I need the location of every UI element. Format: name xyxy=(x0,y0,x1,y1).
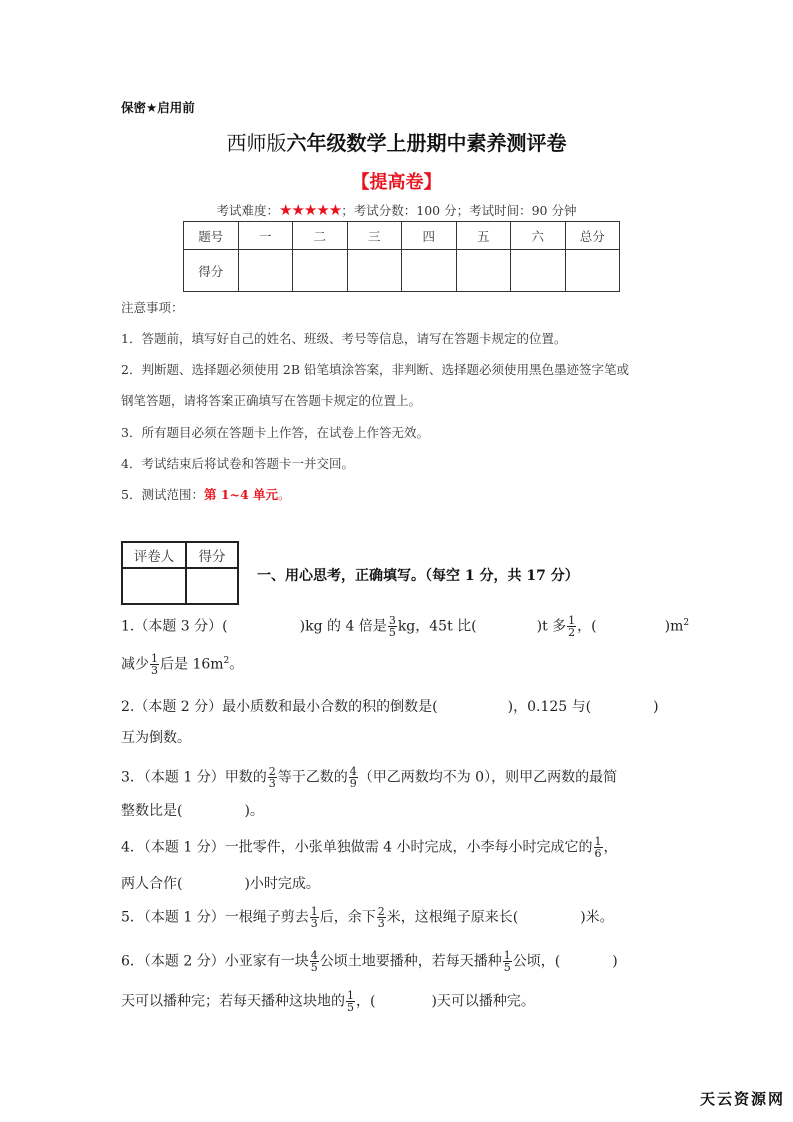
section-title: 一、用心思考，正确填写。（每空 1 分，共 17 分） xyxy=(257,565,579,585)
question-1: 1.（本题 3 分）()kg 的 4 倍是35kg，45t 比()t 多12，(… xyxy=(121,615,689,638)
question-2-line2: 互为倒数。 xyxy=(121,727,191,747)
grader-score-cell[interactable] xyxy=(186,568,238,604)
question-6-line2: 天可以播种完；若每天播种这块地的15，()天可以播种完。 xyxy=(121,990,535,1013)
q5-text: 后，余下 xyxy=(320,910,376,926)
grader-box: 评卷人 得分 xyxy=(121,541,239,605)
denominator: 3 xyxy=(151,665,158,676)
q6-text: 天可以播种完；若每天播种这块地的 xyxy=(121,994,345,1010)
q6-text: 公顷土地要播种，若每天播种 xyxy=(320,954,502,970)
q3-text: 整数比是( xyxy=(121,803,182,819)
q6-text: )天可以播种完。 xyxy=(431,994,534,1010)
title-prefix: 西师版 xyxy=(227,131,287,155)
score-header-cell: 二 xyxy=(293,222,348,250)
score-cell[interactable] xyxy=(402,250,457,292)
question-3: 3．（本题 1 分）甲数的23等于乙数的49（甲乙两数均不为 0），则甲乙两数的… xyxy=(121,766,617,789)
fraction: 12 xyxy=(567,615,576,638)
denominator: 5 xyxy=(504,962,511,973)
score-table-header-row: 题号 一 二 三 四 五 六 总分 xyxy=(184,222,620,250)
fraction: 15 xyxy=(503,950,512,973)
q6-text: ) xyxy=(612,954,617,970)
fraction: 45 xyxy=(310,950,319,973)
q1-text: )m xyxy=(665,619,684,635)
notice-item: 4．考试结束后将试卷和答题卡一并交回。 xyxy=(121,454,354,472)
q5-text: 5．（本题 1 分）一根绳子剪去 xyxy=(121,910,309,926)
q4-text: 两人合作( xyxy=(121,876,182,892)
score-header-cell: 一 xyxy=(238,222,293,250)
page-subtitle: 【提高卷】 xyxy=(0,168,793,194)
denominator: 5 xyxy=(311,962,318,973)
question-2: 2.（本题 2 分）最小质数和最小合数的积的倒数是()，0.125 与() xyxy=(121,696,659,716)
question-5: 5．（本题 1 分）一根绳子剪去13后，余下23米，这根绳子原来长()米。 xyxy=(121,906,614,929)
q1-text: kg，45t 比( xyxy=(398,619,477,635)
exam-meta: 考试难度：★★★★★；考试分数：100 分；考试时间：90 分钟 xyxy=(0,201,793,219)
fraction: 15 xyxy=(346,990,355,1013)
grader-header-row: 评卷人 得分 xyxy=(122,542,238,568)
scope-suffix: 。 xyxy=(278,487,291,502)
q2-text: 2.（本题 2 分）最小质数和最小合数的积的倒数是( xyxy=(121,699,438,715)
scope-label: 5．测试范围： xyxy=(121,487,204,502)
scope-highlight: 第 1~4 单元 xyxy=(204,487,278,502)
q3-text: （甲乙两数均不为 0），则甲乙两数的最简 xyxy=(359,770,617,786)
grader-label: 评卷人 xyxy=(122,542,186,568)
notice-item: 1．答题前，填写好自己的姓名、班级、考号等信息，请写在答题卡规定的位置。 xyxy=(121,329,566,347)
star-rating-icon: ★★★★★ xyxy=(279,201,341,219)
grader-input-row xyxy=(122,568,238,604)
denominator: 9 xyxy=(350,778,357,789)
fraction: 49 xyxy=(349,766,358,789)
watermark: 天云资源网 xyxy=(700,1088,785,1109)
q4-text: )小时完成。 xyxy=(244,876,319,892)
title-main: 六年级数学上册期中素养测评卷 xyxy=(287,131,567,155)
score-cell[interactable] xyxy=(238,250,293,292)
grader-name-cell[interactable] xyxy=(122,568,186,604)
q3-text: )。 xyxy=(244,803,263,819)
score-header-cell: 三 xyxy=(347,222,402,250)
page-title: 西师版六年级数学上册期中素养测评卷 xyxy=(0,127,793,156)
denominator: 2 xyxy=(568,627,575,638)
denominator: 3 xyxy=(311,918,318,929)
notice-item: 2．判断题、选择题必须使用 2B 铅笔填涂答案，非判断、选择题必须使用黑色墨迹签… xyxy=(121,360,629,378)
q1-text: 1.（本题 3 分）( xyxy=(121,619,228,635)
q3-text: 3．（本题 1 分）甲数的 xyxy=(121,770,267,786)
denominator: 6 xyxy=(595,848,602,859)
score-table: 题号 一 二 三 四 五 六 总分 得分 xyxy=(183,221,620,292)
q3-text: 等于乙数的 xyxy=(278,770,348,786)
fraction: 16 xyxy=(594,836,603,859)
question-6: 6．（本题 2 分）小亚家有一块45公顷土地要播种，若每天播种15公顷，() xyxy=(121,950,618,973)
q5-text: )米。 xyxy=(580,910,613,926)
q4-text: 4．（本题 1 分）一批零件，小张单独做需 4 小时完成，小李每小时完成它的 xyxy=(121,840,593,856)
score-header-cell: 五 xyxy=(456,222,511,250)
score-time-info: ；考试分数：100 分；考试时间：90 分钟 xyxy=(341,203,576,218)
score-cell[interactable] xyxy=(565,250,620,292)
fraction: 13 xyxy=(310,906,319,929)
q1-text: 减少 xyxy=(121,657,149,673)
q1-text: )t 多 xyxy=(537,619,567,635)
q6-text: 公顷，( xyxy=(513,954,560,970)
denominator: 5 xyxy=(389,627,396,638)
fraction: 13 xyxy=(150,653,159,676)
notice-heading: 注意事项： xyxy=(121,298,184,316)
score-cell[interactable] xyxy=(347,250,402,292)
q2-text: )，0.125 与( xyxy=(508,699,591,715)
score-table-score-row: 得分 xyxy=(184,250,620,292)
difficulty-label: 考试难度： xyxy=(217,203,280,218)
question-1-line2: 减少13后是 16m2。 xyxy=(121,653,243,676)
notice-item: 3．所有题目必须在答题卡上作答，在试卷上作答无效。 xyxy=(121,423,429,441)
q1-text: ，( xyxy=(577,619,596,635)
q1-text: 后是 16m xyxy=(160,657,224,673)
score-header-cell: 题号 xyxy=(184,222,239,250)
score-cell[interactable] xyxy=(293,250,348,292)
notice-item: 钢笔答题，请将答案正确填写在答题卡规定的位置上。 xyxy=(121,391,421,409)
fraction: 35 xyxy=(388,615,397,638)
q6-text: ，( xyxy=(356,994,375,1010)
denominator: 5 xyxy=(347,1002,354,1013)
fraction: 23 xyxy=(268,766,277,789)
score-cell[interactable] xyxy=(511,250,566,292)
grader-score-label: 得分 xyxy=(186,542,238,568)
q5-text: 米，这根绳子原来长( xyxy=(387,910,518,926)
score-header-cell: 四 xyxy=(402,222,457,250)
score-header-cell: 总分 xyxy=(565,222,620,250)
q2-text: ) xyxy=(653,699,658,715)
q1-text: 。 xyxy=(229,657,243,673)
q6-text: 6．（本题 2 分）小亚家有一块 xyxy=(121,954,309,970)
q4-text: ， xyxy=(604,840,618,856)
denominator: 3 xyxy=(378,918,385,929)
fraction: 23 xyxy=(377,906,386,929)
score-header-cell: 六 xyxy=(511,222,566,250)
score-cell[interactable] xyxy=(456,250,511,292)
score-row-label: 得分 xyxy=(184,250,239,292)
confidential-label: 保密★启用前 xyxy=(121,98,195,116)
notice-item-scope: 5．测试范围：第 1~4 单元。 xyxy=(121,485,291,503)
q1-text: )kg 的 4 倍是 xyxy=(300,619,387,635)
question-3-line2: 整数比是()。 xyxy=(121,800,264,820)
question-4: 4．（本题 1 分）一批零件，小张单独做需 4 小时完成，小李每小时完成它的16… xyxy=(121,836,618,859)
denominator: 3 xyxy=(269,778,276,789)
question-4-line2: 两人合作()小时完成。 xyxy=(121,873,320,893)
